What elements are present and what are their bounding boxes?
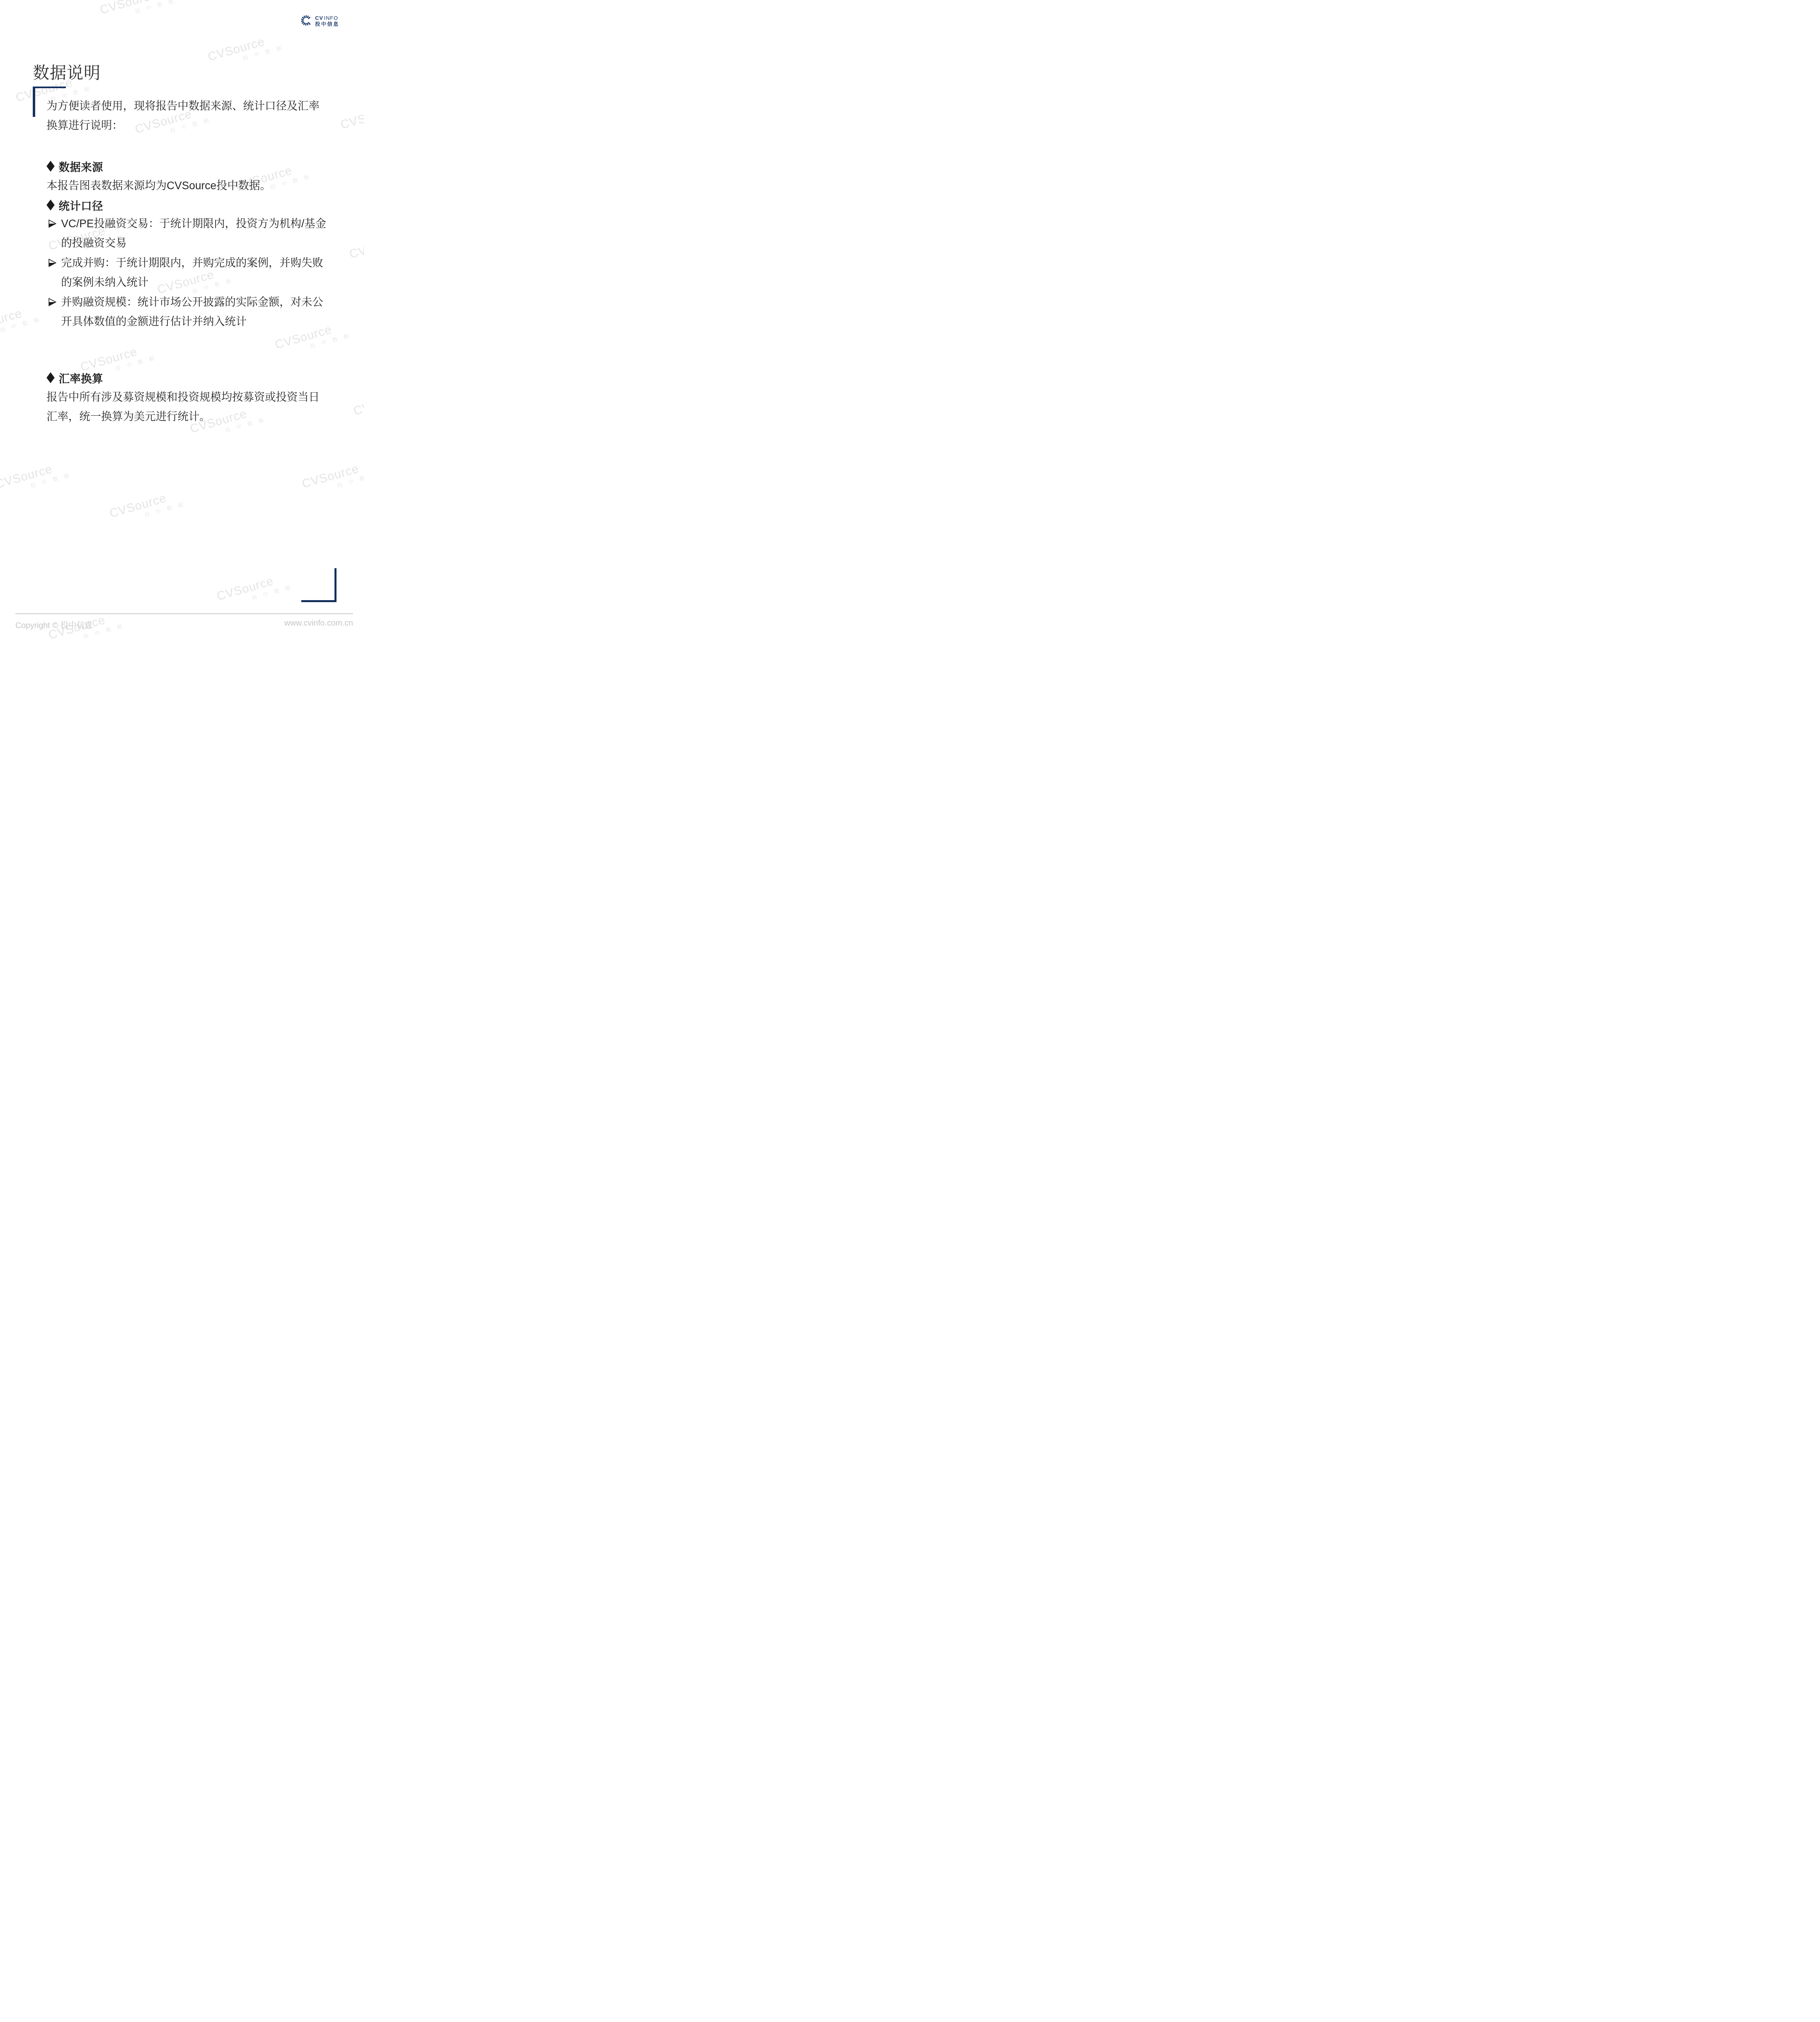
bullet-text: 完成并购：于统计期限内，并购完成的案例，并购失败 [61,253,323,273]
intro-line: 换算进行说明： [47,116,334,135]
cvinfo-logo: CVINFO 投中信息 [300,15,339,28]
fx-body-line: 汇率，统一换算为美元进行统计。 [47,407,334,426]
intro-line: 为方便读者使用，现将报告中数据来源、统计口径及汇率 [47,96,334,116]
data-source-body: 本报告图表数据来源均为CVSource投中数据。 [47,176,334,195]
footer-website: www.cvinfo.com.cn [284,619,353,628]
section-heading-data-source: 数据来源 [47,157,103,176]
bullet-text: 开具体数值的金额进行估计并纳入统计 [61,312,334,331]
section-heading-label: 统计口径 [59,197,103,213]
bullet-item-vcpe: VC/PE投融资交易：于统计期限内，投资方为机构/基金 的投融资交易 [47,214,334,253]
bullet-item-ma-scale: 并购融资规模：统计市场公开披露的实际金额，对未公 开具体数值的金额进行估计并纳入… [47,292,334,331]
report-page: CVSource投 中 数 据 CVSource投 中 数 据 CVSource… [0,0,364,647]
bullet-text: VC/PE投融资交易：于统计期限内，投资方为机构/基金 [61,214,326,233]
bullet-text: 并购融资规模：统计市场公开披露的实际金额，对未公 [61,292,323,312]
logo-cv: CV [315,15,323,21]
section-heading-fx: 汇率换算 [47,368,103,387]
bullet-text: 的案例未纳入统计 [61,273,334,292]
logo-text: CVINFO 投中信息 [315,15,339,27]
page-title: 数据说明 [33,63,101,83]
arrow-bullet-icon [48,258,57,267]
cvinfo-starburst-icon [300,15,312,28]
arrow-bullet-icon [48,298,57,307]
bullet-text: 的投融资交易 [61,233,334,253]
fx-body-line: 报告中所有涉及募资规模和投资规模均按募资或投资当日 [47,387,334,407]
section-heading-label: 汇率换算 [59,370,103,386]
logo-name-cn: 投中信息 [315,22,339,27]
bullet-item-ma-completed: 完成并购：于统计期限内，并购完成的案例，并购失败 的案例未纳入统计 [47,253,334,292]
footer-divider [15,613,353,614]
diamond-bullet-icon [47,161,55,172]
section-heading-caliber: 统计口径 [47,195,103,215]
logo-info: INFO [324,15,338,21]
footer-copyright: Copyright © 投中信息 [15,619,93,630]
diamond-bullet-icon [47,372,55,383]
arrow-bullet-icon [48,219,57,228]
logo-name-en: CVINFO [315,15,339,21]
corner-bracket-bottom-right [301,568,336,602]
diamond-bullet-icon [47,200,55,211]
section-heading-label: 数据来源 [59,159,103,174]
